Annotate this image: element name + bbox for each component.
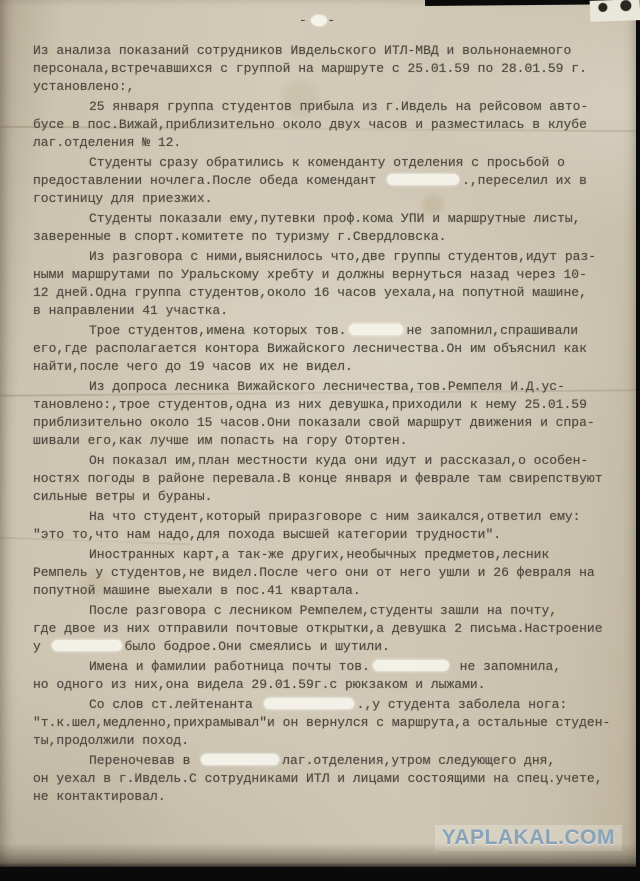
text-line: "это то,что нам надо,для похода высшей к… xyxy=(33,526,619,544)
text-line: шивали его,как лучше им попасть на гору … xyxy=(33,432,619,450)
text-line: Трое студентов,имена которых тов.не запо… xyxy=(33,322,619,340)
typewritten-text: персонала,встречавшихся с группой на мар… xyxy=(33,61,587,76)
paragraph: Студенты сразу обратились к коменданту о… xyxy=(33,154,619,208)
paper-sheet: -- Из анализа показаний сотрудников Ивде… xyxy=(0,0,636,867)
typewritten-text: он уехал в г.Ивдель.С сотрудниками ИТЛ и… xyxy=(33,771,603,786)
text-line: Ремпель у студентов,не видел.После чего … xyxy=(33,564,619,582)
typewritten-text: Он показал им,план местности куда они ид… xyxy=(89,453,588,468)
text-line: в направлении 41 участка. xyxy=(33,302,619,320)
typewritten-text: лаг.отделения № 12. xyxy=(33,135,181,150)
typewritten-text: .,переселил их в xyxy=(462,173,587,188)
text-line: 12 дней.Одна группа студентов,около 16 ч… xyxy=(33,284,619,302)
text-line: "т.к.шел,медленно,прихрамывал"и он верну… xyxy=(33,714,619,732)
page-number: -- xyxy=(0,13,636,29)
typewritten-text: ты,продолжили поход. xyxy=(33,733,189,748)
paragraph: Из разговора с ними,выяснилось что,две г… xyxy=(33,248,619,320)
typewritten-text: тановлено:,трое студентов,одна из них де… xyxy=(33,397,587,412)
typewritten-text: его,где располагается контора Вижайского… xyxy=(33,341,587,356)
typewritten-text: "т.к.шел,медленно,прихрамывал"и он верну… xyxy=(33,715,610,730)
text-line: сильные ветры и бураны. xyxy=(33,488,619,506)
typewritten-text: На что студент,который приразговоре с ни… xyxy=(89,509,580,524)
text-line: Из анализа показаний сотрудников Ивдельс… xyxy=(33,42,619,60)
page-number-dash-left: - xyxy=(299,13,309,29)
typewritten-text: попутной машине выехали в пос.41 квартал… xyxy=(33,583,361,598)
bottom-fold-shadow xyxy=(0,843,636,867)
text-line: попутной машине выехали в пос.41 квартал… xyxy=(33,582,619,600)
typewritten-text: у xyxy=(33,639,49,654)
typewritten-text: Из допроса лесника Вижайского лесничеств… xyxy=(89,379,565,394)
typewritten-text: ными маршрутами по Уральскому хребту и д… xyxy=(33,267,587,282)
typewritten-text: где двое из них отправили почтовые откры… xyxy=(33,621,603,636)
paragraph: Иностранных карт,а так-же других,необычн… xyxy=(33,546,619,600)
text-line: заверенные в спорт.комитете по туризму г… xyxy=(33,228,619,246)
scanned-document: -- Из анализа показаний сотрудников Ивде… xyxy=(0,0,640,881)
typewritten-text: шивали его,как лучше им попасть на гору … xyxy=(33,433,407,448)
paragraph: Со слов ст.лейтенанта .,у студента забол… xyxy=(33,696,619,750)
typewritten-text: не запомнил,спрашивали xyxy=(406,323,578,338)
text-line: ностях погоды в районе перевала.В конце … xyxy=(33,470,619,488)
typewritten-text: бусе в пос.Вижай,приблизительно около дв… xyxy=(33,117,587,132)
typewritten-text: Ремпель у студентов,не видел.После чего … xyxy=(33,565,595,580)
document-body: Из анализа показаний сотрудников Ивдельс… xyxy=(33,42,619,808)
typewritten-text: Из анализа показаний сотрудников Ивдельс… xyxy=(33,43,571,58)
text-line: ными маршрутами по Уральскому хребту и д… xyxy=(33,266,619,284)
text-line: найти,после чего до 19 часов их не видел… xyxy=(33,358,619,376)
text-line: Студенты сразу обратились к коменданту о… xyxy=(33,154,619,172)
typewritten-text: После разговора с лесником Ремпелем,студ… xyxy=(89,603,557,618)
redaction-patch xyxy=(349,324,403,335)
typewritten-text: "это то,что нам надо,для похода высшей к… xyxy=(33,527,501,542)
paragraph: На что студент,который приразговоре с ни… xyxy=(33,508,619,544)
text-line: приблизительно около 15 часов.Они показа… xyxy=(33,414,619,432)
typewritten-text: но одного из них,она видела 29.01.59г.с … xyxy=(33,677,485,692)
typewritten-text: Студенты показали ему,путевки проф.кома … xyxy=(89,211,580,226)
typewritten-text: заверенные в спорт.комитете по туризму г… xyxy=(33,229,446,244)
text-line: установлено:, xyxy=(33,78,619,96)
text-line: у было бодрое.Они смеялись и шутили. xyxy=(33,638,619,656)
text-line: После разговора с лесником Ремпелем,студ… xyxy=(33,602,619,620)
text-line: Имена и фамилии работница почты тов. не … xyxy=(33,658,619,676)
text-line: его,где располагается контора Вижайского… xyxy=(33,340,619,358)
typewritten-text: Иностранных карт,а так-же других,необычн… xyxy=(89,547,549,562)
redaction-patch xyxy=(201,754,279,765)
text-line: Иностранных карт,а так-же других,необычн… xyxy=(33,546,619,564)
text-line: 25 января группа студентов прибыла из г.… xyxy=(33,98,619,116)
text-line: ты,продолжили поход. xyxy=(33,732,619,750)
paragraph: Из допроса лесника Вижайского лесничеств… xyxy=(33,378,619,450)
text-line: где двое из них отправили почтовые откры… xyxy=(33,620,619,638)
text-line: не контактировал. xyxy=(33,788,619,806)
typewritten-text: предоставлении ночлега.После обеда комен… xyxy=(33,173,384,188)
text-line: предоставлении ночлега.После обеда комен… xyxy=(33,172,619,190)
typewritten-text: Переночевав в xyxy=(89,753,198,768)
typewritten-text: лаг.отделения,утром следующего дня, xyxy=(282,753,555,768)
torn-corner-fragment xyxy=(590,0,640,22)
paragraph: Трое студентов,имена которых тов.не запо… xyxy=(33,322,619,376)
text-line: Со слов ст.лейтенанта .,у студента забол… xyxy=(33,696,619,714)
typewritten-text: гостиницу для приезжих. xyxy=(33,191,212,206)
typewritten-text: Трое студентов,имена которых тов. xyxy=(89,323,346,338)
page-number-dash-right: - xyxy=(327,13,337,29)
text-line: Он показал им,план местности куда они ид… xyxy=(33,452,619,470)
typewritten-text: было бодрое.Они смеялись и шутили. xyxy=(125,639,390,654)
typewritten-text: Имена и фамилии работница почты тов. xyxy=(89,659,370,674)
paragraph: Из анализа показаний сотрудников Ивдельс… xyxy=(33,42,619,96)
paragraph: Он показал им,план местности куда они ид… xyxy=(33,452,619,506)
typewritten-text: ностях погоды в районе перевала.В конце … xyxy=(33,471,603,486)
typewritten-text: сильные ветры и бураны. xyxy=(33,489,212,504)
text-line: лаг.отделения № 12. xyxy=(33,134,619,152)
typewritten-text: установлено:, xyxy=(33,79,134,94)
paragraph: 25 января группа студентов прибыла из г.… xyxy=(33,98,619,152)
typewritten-text: не запомнила, xyxy=(452,659,561,674)
text-line: персонала,встречавшихся с группой на мар… xyxy=(33,60,619,78)
typewritten-text: Студенты сразу обратились к коменданту о… xyxy=(89,155,565,170)
text-line: Переночевав в лаг.отделения,утром следую… xyxy=(33,752,619,770)
typewritten-text: Со слов ст.лейтенанта xyxy=(89,697,261,712)
text-line: тановлено:,трое студентов,одна из них де… xyxy=(33,396,619,414)
typewritten-text: в направлении 41 участка. xyxy=(33,303,228,318)
typewritten-text: .,у студента заболела нога: xyxy=(357,697,568,712)
typewritten-text: приблизительно около 15 часов.Они показа… xyxy=(33,415,595,430)
typewritten-text: 12 дней.Одна группа студентов,около 16 ч… xyxy=(33,285,587,300)
text-line: он уехал в г.Ивдель.С сотрудниками ИТЛ и… xyxy=(33,770,619,788)
paragraph: Студенты показали ему,путевки проф.кома … xyxy=(33,210,619,246)
text-line: На что студент,который приразговоре с ни… xyxy=(33,508,619,526)
text-line: Студенты показали ему,путевки проф.кома … xyxy=(33,210,619,228)
text-line: Из допроса лесника Вижайского лесничеств… xyxy=(33,378,619,396)
whiteout-blob xyxy=(311,15,327,26)
paragraph: После разговора с лесником Ремпелем,студ… xyxy=(33,602,619,656)
text-line: бусе в пос.Вижай,приблизительно около дв… xyxy=(33,116,619,134)
redaction-patch xyxy=(52,640,122,651)
redaction-patch xyxy=(387,174,459,185)
paragraph: Переночевав в лаг.отделения,утром следую… xyxy=(33,752,619,806)
typewritten-text: не контактировал. xyxy=(33,789,166,804)
typewritten-text: Из разговора с ними,выяснилось что,две г… xyxy=(89,249,596,264)
typewritten-text: найти,после чего до 19 часов их не видел… xyxy=(33,359,353,374)
redaction-patch xyxy=(264,698,354,709)
typewritten-text: 25 января группа студентов прибыла из г.… xyxy=(89,99,588,114)
paragraph: Имена и фамилии работница почты тов. не … xyxy=(33,658,619,694)
redaction-patch xyxy=(373,660,449,671)
text-line: гостиницу для приезжих. xyxy=(33,190,619,208)
text-line: но одного из них,она видела 29.01.59г.с … xyxy=(33,676,619,694)
text-line: Из разговора с ними,выяснилось что,две г… xyxy=(33,248,619,266)
